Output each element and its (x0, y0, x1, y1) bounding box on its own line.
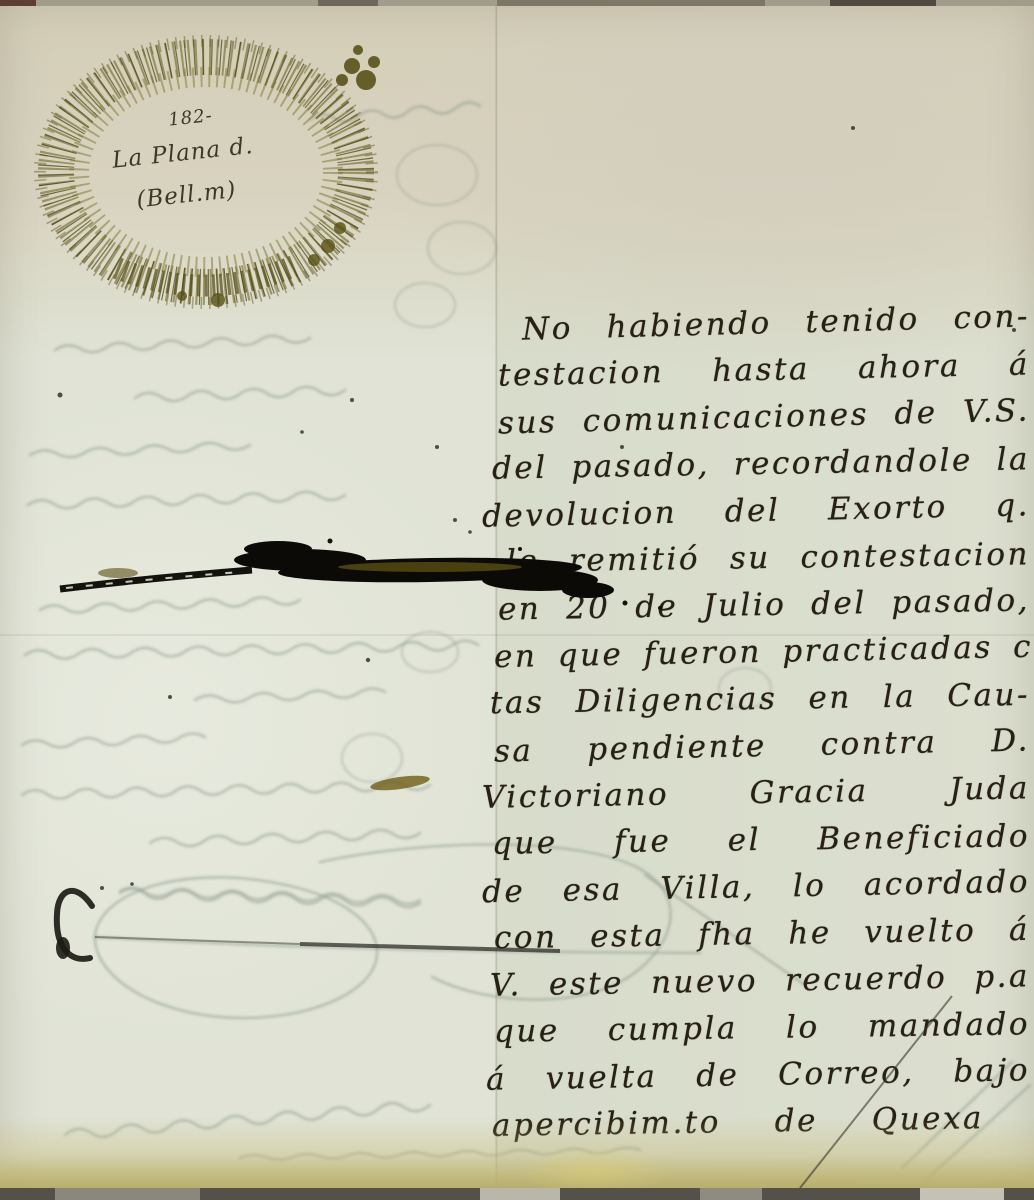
scan-bottom-edge (0, 1188, 1034, 1200)
letter-line: V. este nuevo recuerdo p.a (490, 953, 1031, 1009)
letter-body: No habiendo tenido con- testacion hasta … (478, 300, 1034, 1160)
seal-annotation-line: 182- (167, 105, 213, 131)
document-page: 182- La Plana d. (Bell.m) No habiendo te… (0, 0, 1034, 1200)
letter-line: que cumpla lo mandado (494, 1001, 1031, 1055)
seal-annotation-line: (Bell.m) (135, 177, 237, 213)
letter-line: le remitió su contestacion (506, 531, 1031, 585)
seal-annotation: 182- La Plana d. (Bell.m) (8, 10, 404, 335)
seal-annotation-line: La Plana d. (111, 133, 255, 174)
letter-line: Victoriano Gracia Juda (482, 765, 1031, 822)
scan-top-edge (0, 0, 1034, 6)
wreath-seal-stamp: 182- La Plana d. (Bell.m) (22, 28, 390, 316)
